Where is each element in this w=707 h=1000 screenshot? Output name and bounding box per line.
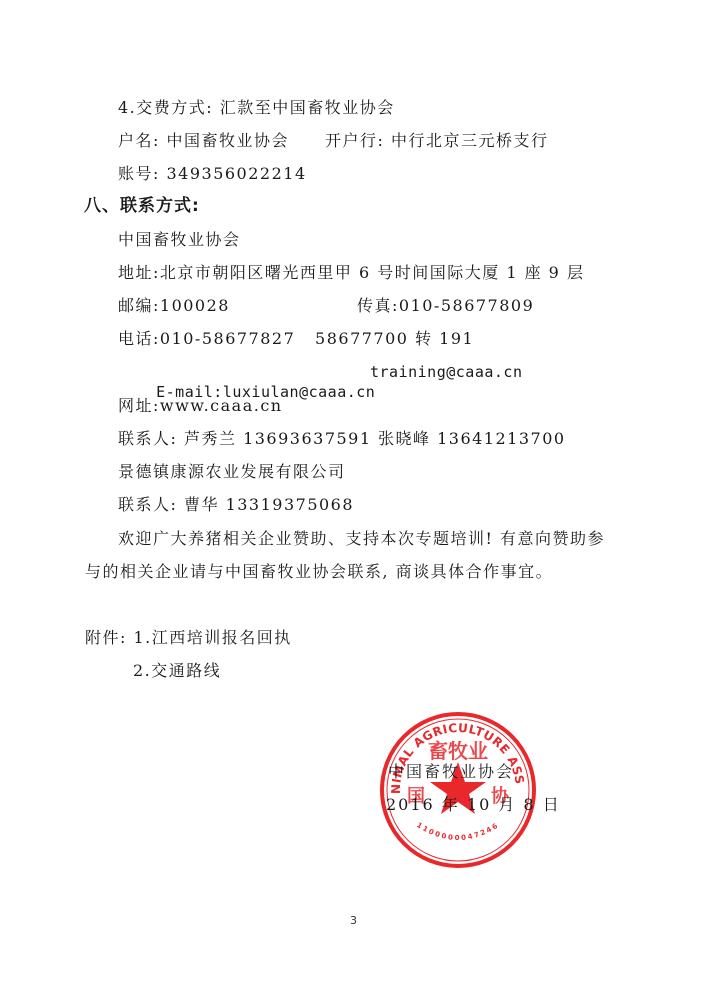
company-2-contact: 联系人: 曹华 13319375068: [118, 495, 354, 515]
section-heading-contact: 八、联系方式:: [84, 196, 200, 216]
contact-person-1: 联系人: 芦秀兰 13693637591: [118, 429, 372, 449]
postcode: 邮编:100028: [118, 296, 230, 316]
attachment-2: 2.交通路线: [133, 661, 221, 681]
fax: 传真:010-58677809: [357, 296, 534, 316]
signature-organization: 中国畜牧业协会: [388, 762, 514, 782]
svg-text:畜牧业: 畜牧业: [428, 739, 488, 763]
official-seal-icon: CHINA ANIMAL AGRICULTURE ASSOCIATION 110…: [378, 710, 538, 870]
address: 地址:北京市朝阳区曙光西里甲 6 号时间国际大厦 1 座 9 层: [118, 263, 584, 283]
account-number: 账号: 349356022214: [118, 164, 307, 184]
phone: 电话:010-58677827 58677700 转 191: [118, 329, 474, 349]
contact-person-2: 张晓峰 13641213700: [378, 429, 566, 449]
signature-date: 2016 年 10 月 8 日: [386, 795, 561, 815]
svg-text:1100000047246: 1100000047246: [415, 821, 501, 842]
email-link-2[interactable]: training@caaa.cn: [370, 362, 523, 382]
attachment-1: 附件: 1.江西培训报名回执: [85, 628, 292, 648]
organization-name: 中国畜牧业协会: [118, 230, 241, 250]
payment-method: 4.交费方式: 汇款至中国畜牧业协会: [118, 98, 395, 118]
website: 网址:www.caaa.cn: [118, 396, 283, 416]
sponsorship-line-1: 欢迎广大养猪相关企业赞助、支持本次专题培训! 有意向赞助参: [118, 529, 605, 549]
company-2: 景德镇康源农业发展有限公司: [118, 462, 346, 482]
page-number: 3: [350, 914, 357, 927]
account-name: 户名: 中国畜牧业协会: [118, 131, 289, 151]
sponsorship-line-2: 与的相关企业请与中国畜牧业协会联系, 商谈具体合作事宜。: [85, 562, 553, 582]
bank-name: 开户行: 中行北京三元桥支行: [325, 131, 548, 151]
